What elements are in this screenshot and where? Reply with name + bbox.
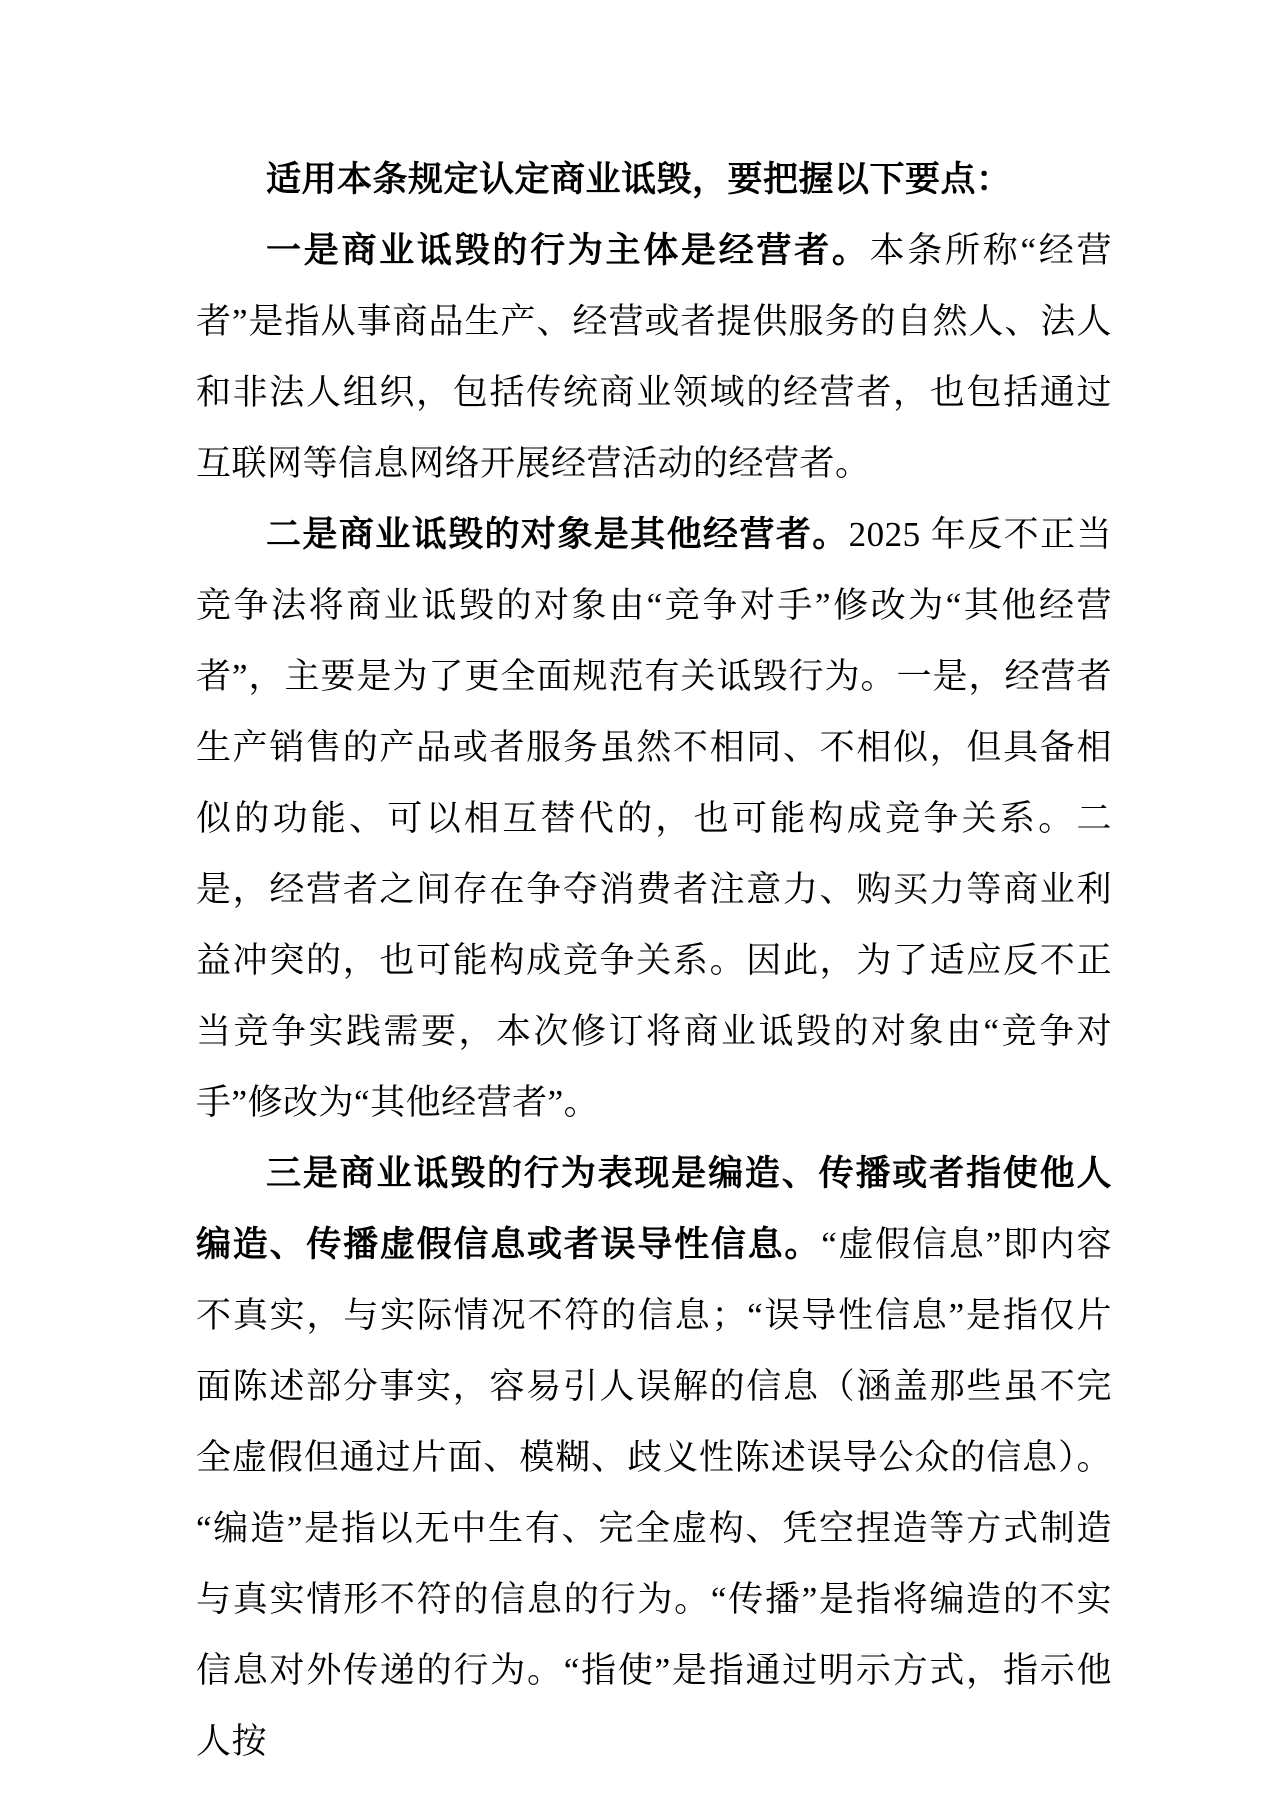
paragraph-4: 三是商业诋毁的行为表现是编造、传播或者指使他人编造、传播虚假信息或者误导性信息。…: [196, 1138, 1112, 1777]
paragraph-2: 一是商业诋毁的行为主体是经营者。本条所称“经营者”是指从事商品生产、经营或者提供…: [196, 215, 1112, 499]
document-page: 适用本条规定认定商业诋毁，要把握以下要点：一是商业诋毁的行为主体是经营者。本条所…: [0, 0, 1280, 1810]
paragraph-1: 适用本条规定认定商业诋毁，要把握以下要点：: [196, 144, 1112, 215]
paragraph-3: 二是商业诋毁的对象是其他经营者。2025 年反不正当竞争法将商业诋毁的对象由“竞…: [196, 499, 1112, 1138]
paragraph-3-lead: 二是商业诋毁的对象是其他经营者。: [266, 515, 849, 554]
paragraph-3-body: 2025 年反不正当竞争法将商业诋毁的对象由“竞争对手”修改为“其他经营者”，主…: [196, 515, 1112, 1122]
paragraph-1-lead: 适用本条规定认定商业诋毁，要把握以下要点：: [266, 160, 1012, 199]
paragraph-2-lead: 一是商业诋毁的行为主体是经营者。: [266, 231, 870, 270]
paragraph-4-body: “虚假信息”即内容不真实，与实际情况不符的信息；“误导性信息”是指仅片面陈述部分…: [196, 1225, 1112, 1761]
document-body: 适用本条规定认定商业诋毁，要把握以下要点：一是商业诋毁的行为主体是经营者。本条所…: [196, 144, 1112, 1777]
